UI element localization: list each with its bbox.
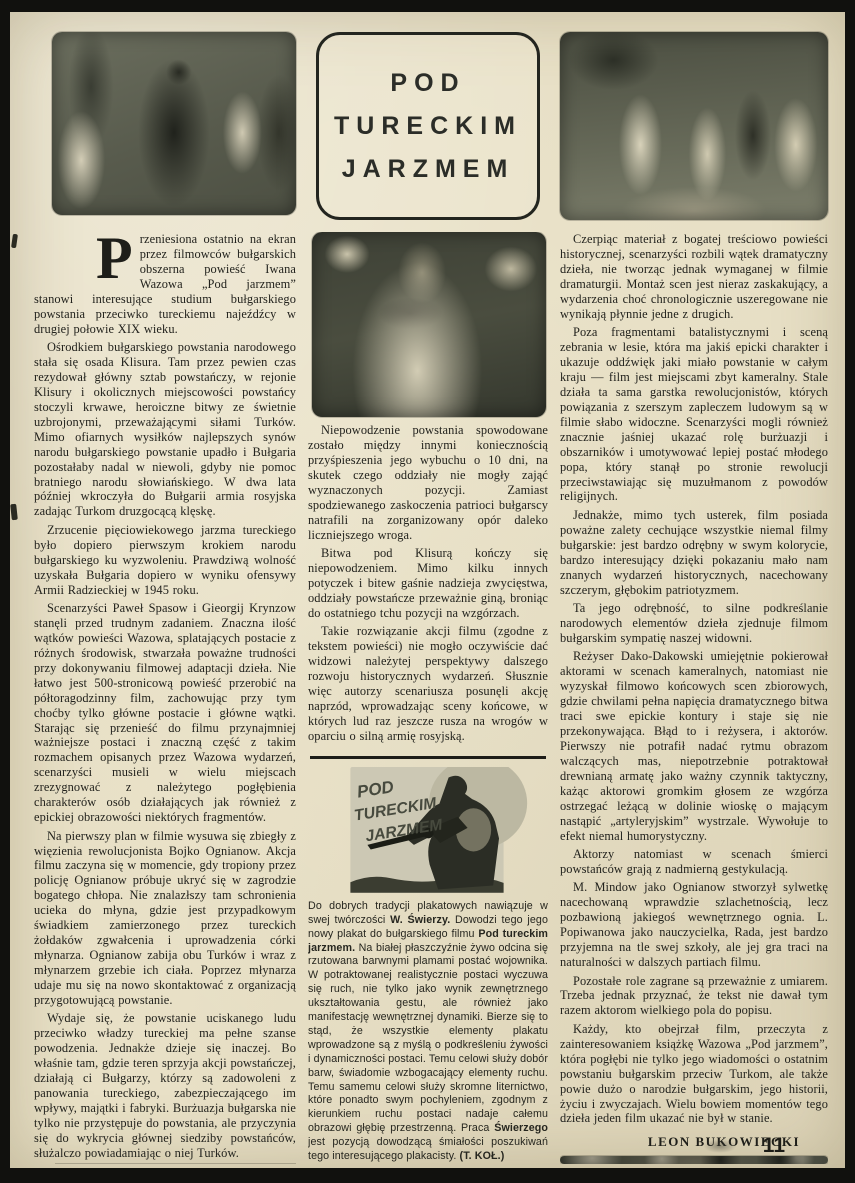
lead-paragraph: Przeniesiona ostatnio na ekran przez fil…	[34, 232, 296, 337]
title-line-3: JARZMEM	[342, 155, 515, 184]
paragraph: Ta jego odrębność, to silne podkreślanie…	[560, 601, 828, 646]
middle-column-text: Niepowodzenie powstania spowodowane zost…	[308, 423, 548, 747]
column-divider-rule	[310, 756, 546, 759]
poster-caption: Do dobrych tradycji plakatowych nawiązuj…	[308, 900, 548, 1164]
paragraph: Jednakże, mimo tych usterek, film posiad…	[560, 508, 828, 598]
paragraph: M. Mindow jako Ognianow stworzył sylwetk…	[560, 880, 828, 970]
drop-cap: P	[96, 235, 133, 281]
paragraph: Scenarzyści Paweł Spasow i Gieorgij Kryn…	[34, 601, 296, 825]
photo-film-still-bottom-right	[560, 1156, 828, 1164]
article-title-box: POD TURECKIM JARZMEM	[316, 32, 540, 220]
paragraph: Czerpiąc materiał z bogatej treściowo po…	[560, 232, 828, 322]
caption-segment: Na białej płaszczyźnie żywo odcina się r…	[308, 942, 548, 1135]
paragraph: Ośrodkiem bułgarskiego powstania narodow…	[34, 340, 296, 519]
paragraph: Aktorzy natomiast w scenach śmierci pows…	[560, 847, 828, 877]
left-column-text: Przeniesiona ostatnio na ekran przez fil…	[34, 232, 296, 1164]
scan-speck	[10, 504, 18, 521]
magazine-page: POD TURECKIM JARZMEM Przeniesiona ostatn…	[0, 0, 855, 1183]
page-number: 11	[763, 1134, 785, 1158]
paragraph: Zrzucenie pięciowiekowego jarzma turecki…	[34, 523, 296, 598]
left-column: Przeniesiona ostatnio na ekran przez fil…	[34, 232, 296, 1164]
paragraph: Każdy, kto obejrzał film, przeczyta z za…	[560, 1022, 828, 1127]
lead-text: rzeniesiona ostatnio na ekran przez film…	[34, 232, 296, 336]
title-line-2: TURECKIM	[334, 112, 522, 141]
paragraph: Na pierwszy plan w filmie wysuwa się zbi…	[34, 829, 296, 1008]
paragraph: Niepowodzenie powstania spowodowane zost…	[308, 423, 548, 543]
paragraph: Poza fragmentami batalistycznymi i sceną…	[560, 325, 828, 504]
paragraph: Pozostałe role zagrane są przeważnie z u…	[560, 974, 828, 1019]
film-poster-image: POD TURECKIM JARZMEM	[310, 767, 544, 893]
scan-speck	[11, 234, 18, 249]
left-paragraphs: Ośrodkiem bułgarskiego powstania narodow…	[34, 340, 296, 1161]
photo-film-still-top-right	[560, 32, 828, 220]
page-footer: 11	[703, 1134, 785, 1158]
title-line-1: POD	[390, 69, 465, 98]
photo-film-still-portrait	[312, 232, 546, 417]
paragraph: Reżyser Dako-Dakowski umiejętnie pokiero…	[560, 649, 828, 843]
caption-bold-segment: W. Świerzy.	[390, 914, 450, 926]
caption-bold-segment: Świerzego	[494, 1122, 548, 1134]
right-column: Czerpiąc materiał z bogatej treściowo po…	[560, 232, 828, 1164]
paper: POD TURECKIM JARZMEM Przeniesiona ostatn…	[10, 12, 845, 1168]
photo-film-still-top-left	[52, 32, 296, 215]
top-row: POD TURECKIM JARZMEM	[34, 32, 831, 220]
middle-column: Niepowodzenie powstania spowodowane zost…	[308, 232, 548, 1164]
author-byline: LEON BUKOWIECKI	[560, 1134, 828, 1150]
article-body: Przeniesiona ostatnio na ekran przez fil…	[34, 232, 831, 1164]
caption-segment: jest pozycją dowodzącą śmiałości poszuki…	[308, 1136, 548, 1162]
ink-smudge	[703, 1139, 737, 1153]
paragraph: Bitwa pod Klisurą kończy się niepowodzen…	[308, 546, 548, 621]
right-column-text: Czerpiąc materiał z bogatej treściowo po…	[560, 232, 828, 1130]
paragraph: Wydaje się, że powstanie uciskanego ludu…	[34, 1011, 296, 1160]
caption-bold-segment: (T. KOŁ.)	[460, 1150, 505, 1162]
paragraph: Takie rozwiązanie akcji filmu (zgodne z …	[308, 624, 548, 744]
